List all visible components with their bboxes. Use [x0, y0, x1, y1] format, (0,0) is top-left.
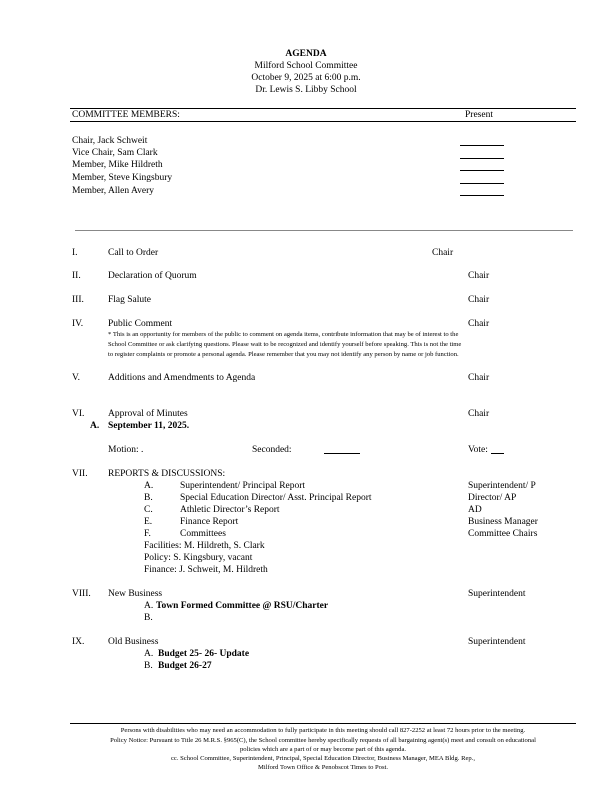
divider-members-header	[70, 121, 576, 122]
agenda-item-title: REPORTS & DISCUSSIONS:	[108, 469, 225, 480]
member-name: Member, Mike Hildreth	[72, 160, 163, 171]
agenda-item-title: New Business	[108, 589, 162, 600]
agenda-item-responsible: Chair	[468, 295, 489, 306]
agenda-item-title: Public Comment	[108, 319, 172, 330]
minutes-date: September 11, 2025.	[108, 421, 189, 432]
present-checkbox-line[interactable]	[460, 170, 504, 171]
minutes-sub-letter: A.	[90, 421, 99, 432]
agenda-item-number: VI.	[72, 409, 84, 420]
report-title: Finance Report	[180, 517, 238, 528]
present-checkbox-line[interactable]	[460, 183, 504, 184]
accessibility-notice: Persons with disabilities who may need a…	[70, 727, 576, 735]
agenda-item-title: Approval of Minutes	[108, 409, 188, 420]
divider-top	[70, 108, 576, 109]
agenda-item-title: Additions and Amendments to Agenda	[108, 373, 255, 384]
agenda-item-responsible: Superintendent	[468, 589, 526, 600]
member-name: Member, Allen Avery	[72, 186, 154, 197]
agenda-item-responsible: Chair	[468, 319, 489, 330]
agenda-item-number: VIII.	[72, 589, 91, 600]
policy-notice-continued: policies which are a part of or may beco…	[70, 746, 576, 754]
old-business-title: Budget 26-27	[158, 661, 212, 672]
report-letter: C.	[144, 505, 153, 516]
agenda-title: AGENDA	[0, 49, 612, 60]
public-comment-note: * This is an opportunity for members of …	[108, 331, 458, 339]
committee-members-heading: COMMITTEE MEMBERS:	[72, 110, 180, 121]
cc-list: cc. School Committee, Superintendent, Pr…	[70, 755, 576, 763]
vote-blank[interactable]	[491, 453, 504, 454]
present-checkbox-line[interactable]	[460, 158, 504, 159]
seconded-blank[interactable]	[324, 453, 360, 454]
agenda-item-responsible: Chair	[468, 409, 489, 420]
member-name: Chair, Jack Schweit	[72, 136, 147, 147]
report-letter: F.	[144, 529, 151, 540]
agenda-item-title: Declaration of Quorum	[108, 271, 197, 282]
agenda-item-title: Old Business	[108, 637, 158, 648]
new-business-letter: A.	[144, 601, 153, 612]
member-name: Vice Chair, Sam Clark	[72, 148, 158, 159]
new-business-letter: B.	[144, 613, 153, 624]
old-business-title: Budget 25- 26- Update	[158, 649, 249, 660]
report-responsible: Committee Chairs	[468, 529, 537, 540]
member-name: Member, Steve Kingsbury	[72, 173, 172, 184]
vote-label: Vote:	[468, 445, 488, 456]
public-comment-note: School Committee or ask clarifying quest…	[108, 341, 461, 349]
agenda-item-responsible: Superintendent	[468, 637, 526, 648]
motion-label: Motion: .	[108, 445, 143, 456]
cc-list-continued: Milford Town Office & Penobscot Times to…	[70, 764, 576, 772]
report-responsible: Business Manager	[468, 517, 538, 528]
agenda-item-title: Call to Order	[108, 248, 158, 259]
agenda-item-number: I.	[72, 248, 78, 259]
meeting-location: Dr. Lewis S. Libby School	[0, 85, 612, 96]
agenda-item-responsible: Chair	[432, 248, 453, 259]
footer-divider	[70, 723, 576, 724]
public-comment-note: to register complaints or promote a pers…	[108, 351, 459, 359]
report-title: Superintendent/ Principal Report	[180, 481, 305, 492]
present-checkbox-line[interactable]	[460, 195, 504, 196]
committee-assignment: Facilities: M. Hildreth, S. Clark	[144, 541, 265, 552]
agenda-item-number: III.	[72, 295, 84, 306]
committee-assignment: Finance: J. Schweit, M. Hildreth	[144, 565, 268, 576]
present-checkbox-line[interactable]	[460, 145, 504, 146]
report-responsible: AD	[468, 505, 482, 516]
committee-assignment: Policy: S. Kingsbury, vacant	[144, 553, 252, 564]
agenda-item-title: Flag Salute	[108, 295, 151, 306]
agenda-item-responsible: Chair	[468, 373, 489, 384]
policy-notice: Policy Notice: Pursuant to Title 26 M.R.…	[70, 737, 576, 745]
agenda-item-number: V.	[72, 373, 80, 384]
report-responsible: Director/ AP	[468, 493, 516, 504]
report-responsible: Superintendent/ P	[468, 481, 536, 492]
divider-agenda	[75, 230, 573, 231]
agenda-item-responsible: Chair	[468, 271, 489, 282]
seconded-label: Seconded:	[252, 445, 292, 456]
agenda-item-number: IV.	[72, 319, 83, 330]
report-letter: A.	[144, 481, 153, 492]
report-letter: E.	[144, 517, 152, 528]
old-business-letter: B.	[144, 661, 153, 672]
report-title: Special Education Director/ Asst. Princi…	[180, 493, 372, 504]
new-business-title: Town Formed Committee @ RSU/Charter	[156, 601, 328, 612]
report-letter: B.	[144, 493, 153, 504]
report-title: Committees	[180, 529, 226, 540]
old-business-letter: A.	[144, 649, 153, 660]
meeting-date-time: October 9, 2025 at 6:00 p.m.	[0, 73, 612, 84]
organization-name: Milford School Committee	[0, 61, 612, 72]
agenda-item-number: VII.	[72, 469, 88, 480]
report-title: Athletic Director’s Report	[180, 505, 280, 516]
present-column-heading: Present	[465, 110, 493, 121]
agenda-item-number: IX.	[72, 637, 84, 648]
agenda-item-number: II.	[72, 271, 81, 282]
